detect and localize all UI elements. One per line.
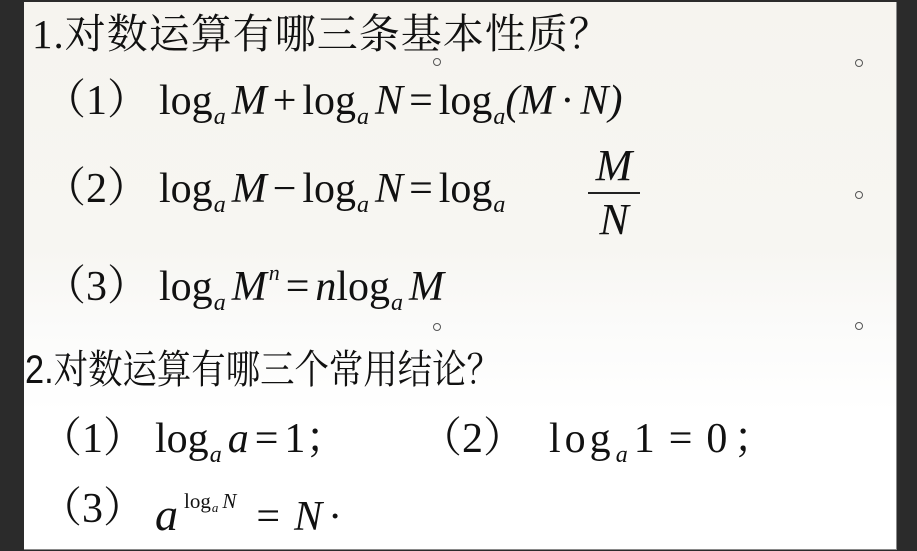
var-m: M — [232, 166, 267, 212]
log-text: log — [155, 416, 209, 462]
plus-sign: + — [273, 78, 297, 124]
property-3-label: （3） — [44, 264, 149, 310]
conclusion-2-formula: （2）loga1=0； — [420, 418, 775, 467]
section1-number: 1. — [32, 11, 65, 57]
minus-sign: − — [273, 166, 297, 212]
log-text: log — [302, 166, 356, 212]
property-1-label: （1） — [44, 78, 149, 124]
value-zero: 0 — [706, 416, 727, 462]
exponent-log: logaN — [184, 489, 236, 513]
conclusion-3-label: （3） — [40, 486, 145, 532]
property-3-formula: （3）logaMn=nlogaM — [44, 262, 444, 315]
log-base: a — [357, 192, 369, 218]
log-text: log — [549, 416, 615, 462]
exponent-n: n — [269, 260, 280, 285]
property-1-formula: （1）logaM+logaN=loga(M·N) — [44, 80, 622, 129]
equals-sign: = — [286, 264, 310, 310]
semicolon: ； — [733, 416, 775, 462]
period-mark — [855, 322, 863, 330]
value-one: 1 — [634, 416, 655, 462]
fraction-m-over-n: M N — [588, 144, 640, 242]
conclusion-1-formula: （1）logaa=1； — [40, 418, 347, 467]
log-text: log — [159, 166, 213, 212]
log-text: log — [159, 78, 213, 124]
section1-heading: 1.对数运算有哪三条基本性质？ — [32, 14, 611, 55]
property-2-label: （2） — [44, 166, 149, 212]
end-dot: · — [328, 494, 342, 540]
var-m: M — [519, 78, 554, 124]
section1-title: 对数运算有哪三条基本性质？ — [65, 11, 611, 57]
log-base: a — [616, 442, 628, 468]
conclusion-2-label: （2） — [420, 416, 525, 462]
section2-heading: 2.对数运算有哪三个常用结论？ — [25, 350, 501, 390]
log-text: log — [336, 264, 390, 310]
semicolon: ； — [305, 416, 347, 462]
equals-sign: = — [409, 78, 433, 124]
log-text: log — [439, 166, 493, 212]
conclusion-1-label: （1） — [40, 416, 145, 462]
var-n: N — [375, 166, 403, 212]
log-base: a — [493, 104, 505, 130]
section2-title: 对数运算有哪三个常用结论？ — [54, 348, 501, 392]
log-base: a — [357, 104, 369, 130]
period-mark — [855, 191, 863, 199]
var-m: M — [232, 264, 267, 310]
log-base: a — [210, 442, 222, 468]
var-m: M — [409, 264, 444, 310]
multiply-dot: · — [560, 78, 574, 124]
log-base: a — [214, 290, 226, 316]
var-n: N — [222, 489, 236, 513]
var-a: a — [155, 489, 178, 540]
fraction-bar — [588, 192, 640, 194]
log-text: log — [159, 264, 213, 310]
log-base: a — [214, 104, 226, 130]
var-a: a — [228, 416, 249, 462]
property-2-formula: （2）logaM−logaN=loga — [44, 168, 511, 217]
coefficient-n: n — [315, 264, 336, 310]
section2-number: 2. — [25, 348, 54, 392]
value-one: 1 — [284, 416, 305, 462]
left-paren: ( — [505, 78, 519, 124]
log-base: a — [212, 500, 219, 515]
period-mark — [433, 323, 441, 331]
period-mark — [855, 59, 863, 67]
equals-sign: = — [255, 416, 279, 462]
var-n: N — [294, 494, 322, 540]
var-m: M — [232, 78, 267, 124]
right-paren: ) — [608, 78, 622, 124]
equals-sign: = — [256, 494, 280, 540]
var-n: N — [375, 78, 403, 124]
equals-sign: = — [669, 416, 693, 462]
log-text: log — [302, 78, 356, 124]
log-text: log — [439, 78, 493, 124]
log-base: a — [214, 192, 226, 218]
equals-sign: = — [409, 166, 433, 212]
log-base: a — [493, 192, 505, 218]
period-mark — [433, 58, 441, 66]
log-base: a — [391, 290, 403, 316]
fraction-denominator: N — [588, 198, 640, 242]
conclusion-3-formula: （3）alogaN=N· — [40, 484, 342, 530]
fraction-numerator: M — [588, 144, 640, 188]
log-text: log — [184, 489, 211, 513]
var-n: N — [580, 78, 608, 124]
